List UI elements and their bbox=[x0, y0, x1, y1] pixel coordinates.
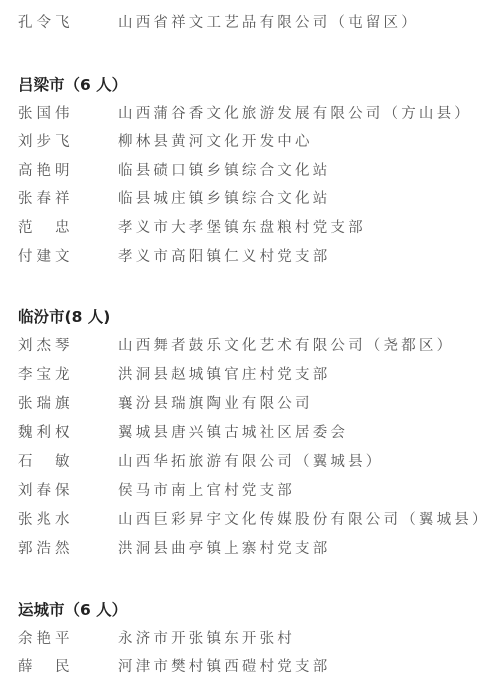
person-name: 余艳平 bbox=[18, 627, 88, 651]
person-name: 付建文 bbox=[18, 245, 88, 269]
section-heading-linfen: 临汾市(8 人) bbox=[18, 304, 110, 330]
person-organization: 临县碛口镇乡镇综合文化站 bbox=[118, 159, 330, 183]
person-organization: 柳林县黄河文化开发中心 bbox=[118, 130, 313, 154]
person-organization: 孝义市高阳镇仁义村党支部 bbox=[118, 245, 330, 269]
person-organization: 洪洞县曲亭镇上寨村党支部 bbox=[118, 537, 330, 561]
person-organization: 襄汾县瑞旗陶业有限公司 bbox=[118, 392, 313, 416]
person-organization: 孝义市大孝堡镇东盘粮村党支部 bbox=[118, 216, 366, 240]
person-organization: 侯马市南上官村党支部 bbox=[118, 479, 295, 503]
person-organization: 山西省祥文工艺品有限公司（屯留区） bbox=[118, 11, 419, 35]
person-name: 张瑞旗 bbox=[18, 392, 88, 416]
person-organization: 山西巨彩昇宇文化传媒股份有限公司（翼城县） bbox=[118, 508, 479, 532]
person-organization: 河津市樊村镇西磑村党支部 bbox=[118, 655, 330, 679]
section-heading-lvliang: 吕梁市（6 人） bbox=[18, 72, 127, 98]
person-name: 薛 民 bbox=[18, 655, 88, 679]
person-name: 李宝龙 bbox=[18, 363, 88, 387]
person-name: 张国伟 bbox=[18, 102, 88, 126]
person-organization: 临县城庄镇乡镇综合文化站 bbox=[118, 187, 330, 211]
person-name: 刘步飞 bbox=[18, 130, 88, 154]
person-name: 孔令飞 bbox=[18, 11, 88, 35]
person-organization: 山西舞者鼓乐文化艺术有限公司（尧都区） bbox=[118, 334, 454, 358]
person-name: 石 敏 bbox=[18, 450, 88, 474]
section-heading-yuncheng: 运城市（6 人） bbox=[18, 597, 127, 623]
person-name: 刘春保 bbox=[18, 479, 88, 503]
person-organization: 山西蒲谷香文化旅游发展有限公司（方山县） bbox=[118, 102, 472, 126]
person-name: 魏利权 bbox=[18, 421, 88, 445]
person-organization: 永济市开张镇东开张村 bbox=[118, 627, 295, 651]
person-organization: 翼城县唐兴镇古城社区居委会 bbox=[118, 421, 348, 445]
person-organization: 洪洞县赵城镇官庄村党支部 bbox=[118, 363, 330, 387]
person-name: 郭浩然 bbox=[18, 537, 88, 561]
person-name: 范 忠 bbox=[18, 216, 88, 240]
person-name: 张兆水 bbox=[18, 508, 88, 532]
person-organization: 山西华拓旅游有限公司（翼城县） bbox=[118, 450, 384, 474]
person-name: 刘杰琴 bbox=[18, 334, 88, 358]
person-name: 张春祥 bbox=[18, 187, 88, 211]
person-name: 高艳明 bbox=[18, 159, 88, 183]
